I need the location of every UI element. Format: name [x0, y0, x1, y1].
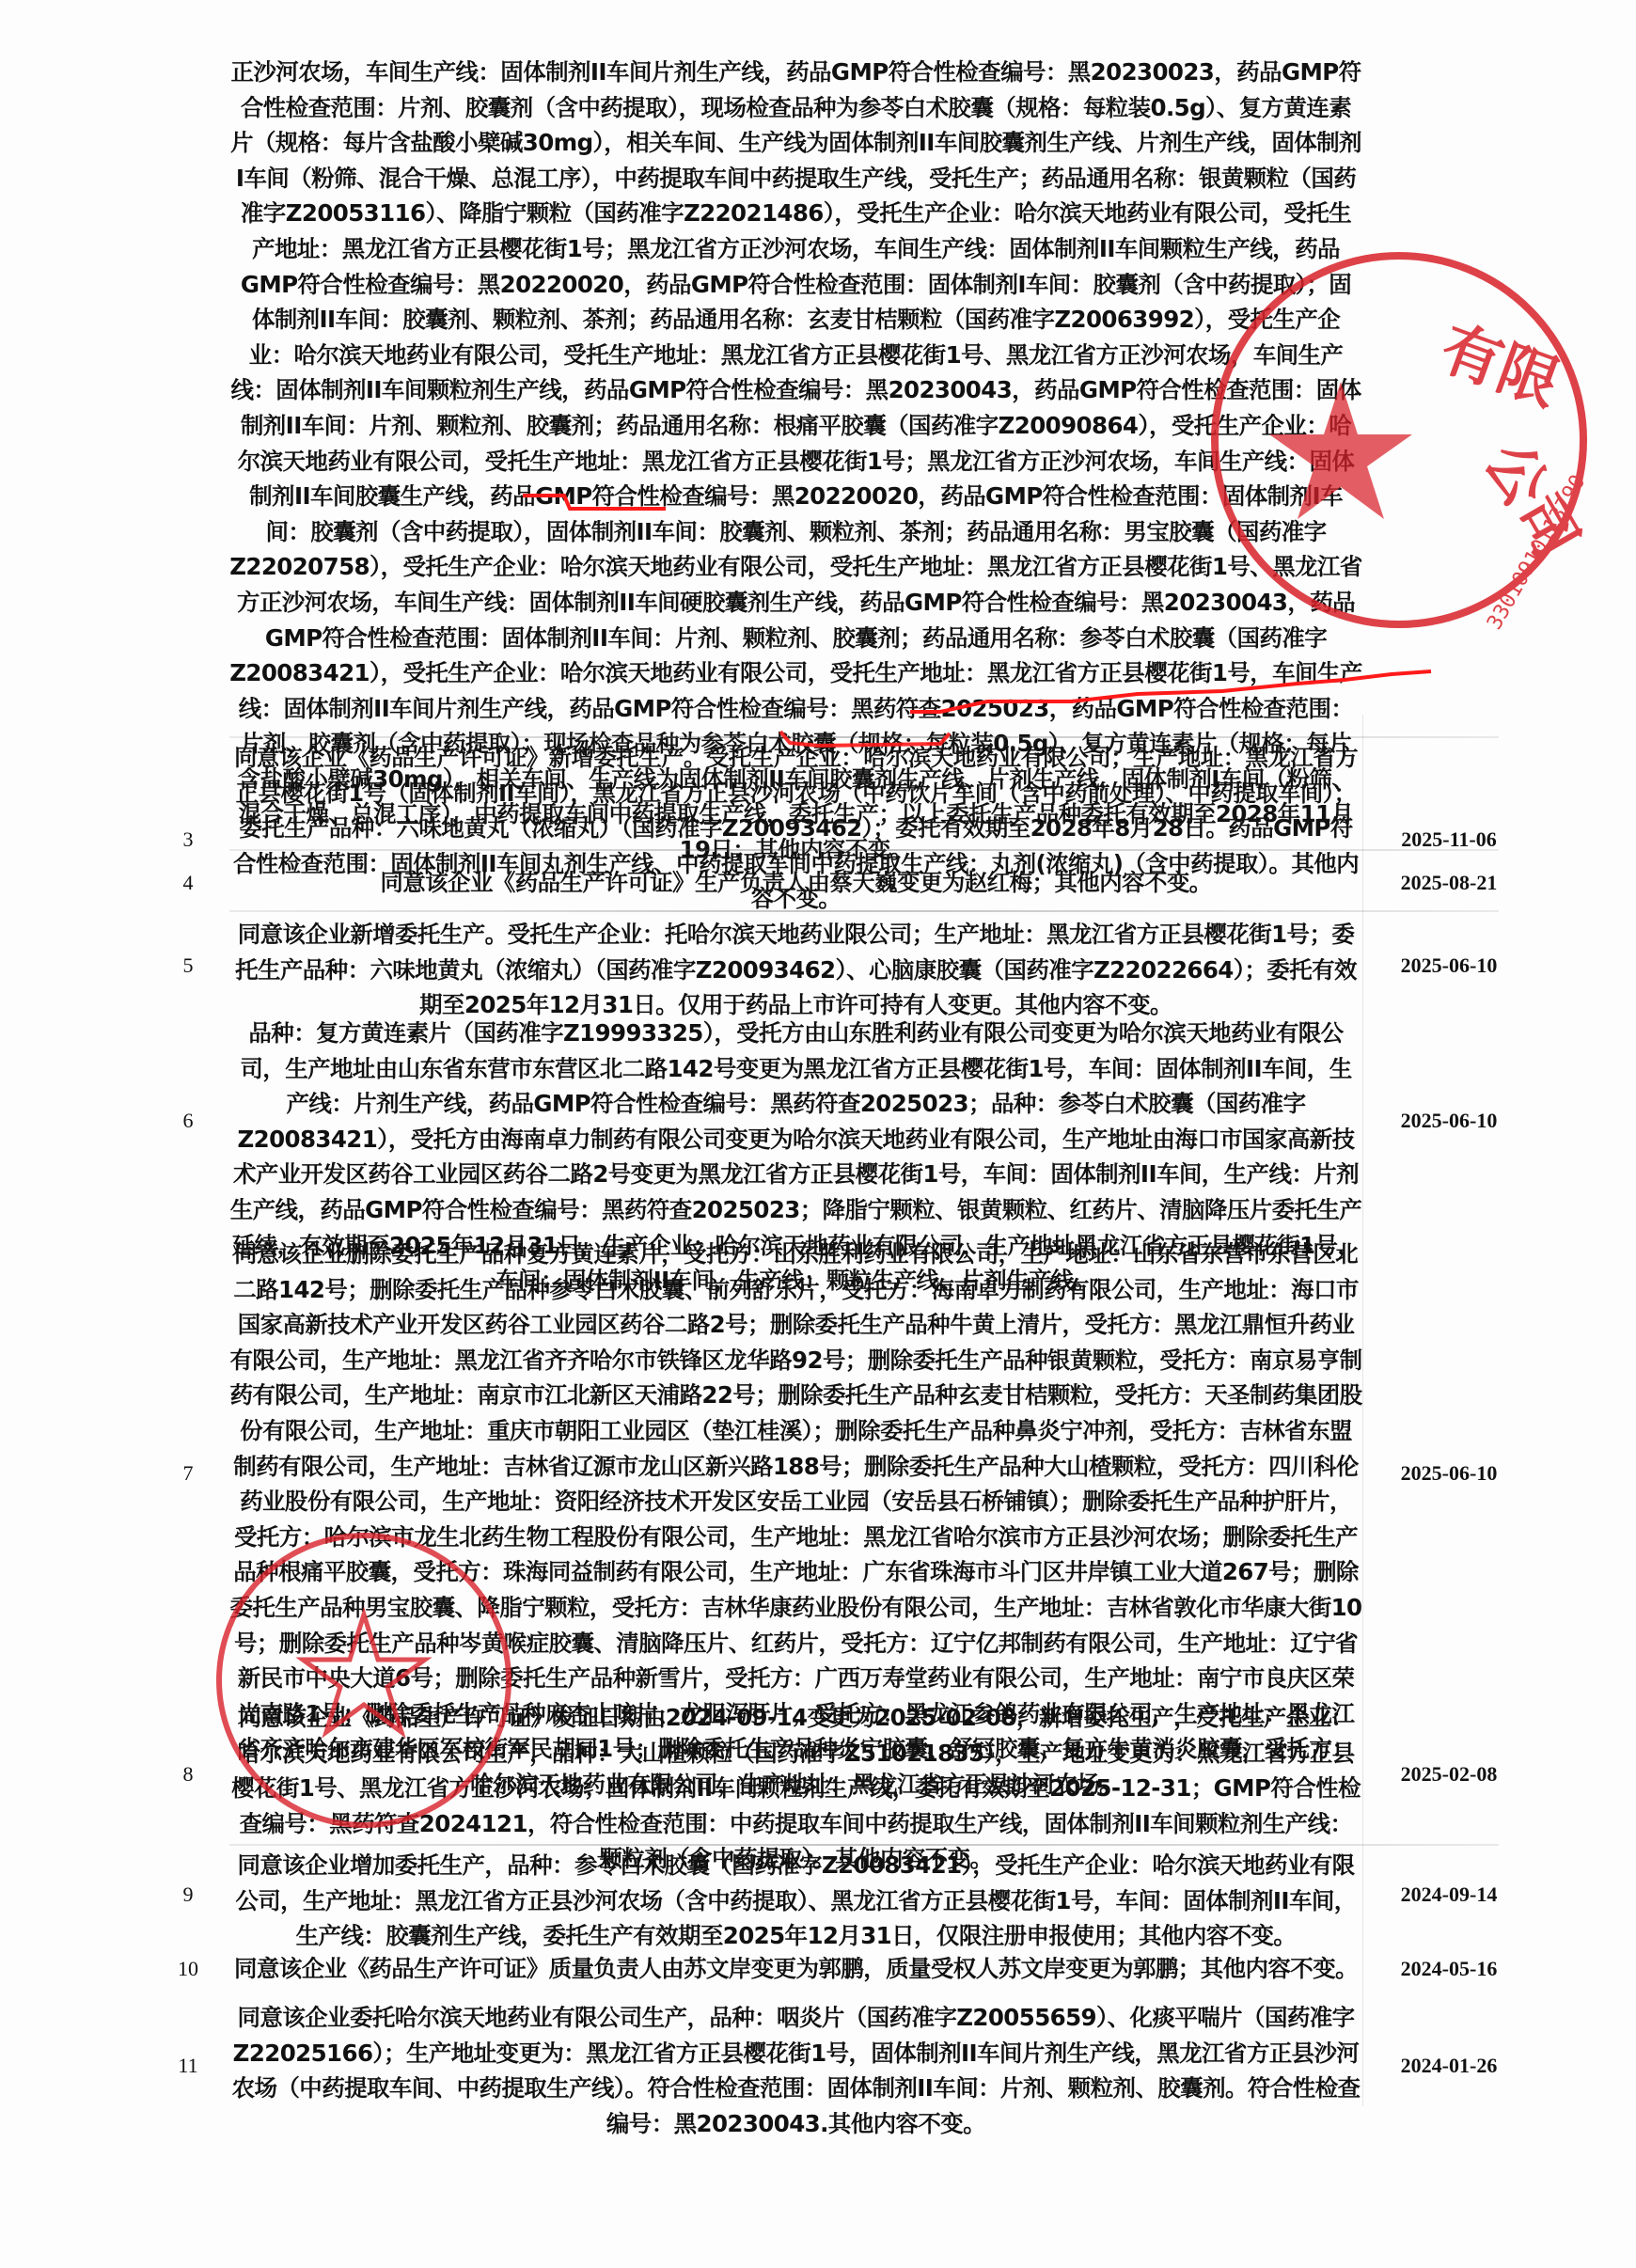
row-date: 2024-01-26	[1388, 2054, 1510, 2078]
row-content: 同意该企业《药品生产许可证》质量负责人由苏文岸变更为郭鹏，质量受权人苏文岸变更为…	[229, 1951, 1362, 1987]
document-page: 正沙河农场，车间生产线：固体制剂II车间片剂生产线，药品GMP符合性检查编号：黑…	[0, 0, 1636, 2268]
row-number: 5	[177, 953, 199, 978]
row-date: 2025-08-21	[1388, 871, 1510, 895]
row-date: 2025-06-10	[1388, 1109, 1510, 1133]
row-date: 2025-06-10	[1388, 953, 1510, 978]
row-number: 11	[177, 2054, 199, 2078]
row-number: 7	[177, 1461, 199, 1486]
row-date: 2024-05-16	[1388, 1957, 1510, 1981]
row-date: 2025-06-10	[1388, 1461, 1510, 1486]
row-number: 9	[177, 1882, 199, 1907]
svg-text:公司: 公司	[1471, 432, 1591, 571]
row-content: 同意该企业《药品生产许可证》生产负责人由蔡天巍变更为赵红梅；其他内容不变。	[229, 865, 1362, 901]
row-divider	[229, 849, 1499, 851]
row-divider	[229, 1844, 1499, 1846]
row-number: 3	[177, 827, 199, 852]
column-divider	[1362, 715, 1363, 2106]
row-content: 同意该企业新增委托生产。受托生产企业：托哈尔滨天地药业限公司；生产地址：黑龙江省…	[229, 917, 1362, 1023]
row-divider	[229, 736, 1499, 738]
svg-text:33010910113790: 33010910113790	[1483, 471, 1590, 634]
row-number: 4	[177, 871, 199, 895]
row-date: 2025-02-08	[1388, 1762, 1510, 1787]
row-content: 同意该企业增加委托生产，品种：参苓白术胶囊（国药准字Z20083421），受托生…	[229, 1848, 1362, 1954]
row-number: 8	[177, 1762, 199, 1787]
row-number: 10	[177, 1957, 199, 1981]
row-date: 2024-09-14	[1388, 1882, 1510, 1907]
row-content: 同意该企业委托哈尔滨天地药业有限公司生产，品种：咽炎片（国药准字Z2005565…	[229, 2000, 1362, 2141]
row-divider	[229, 910, 1499, 912]
svg-text:有限: 有限	[1432, 313, 1569, 419]
row-number: 6	[177, 1109, 199, 1133]
